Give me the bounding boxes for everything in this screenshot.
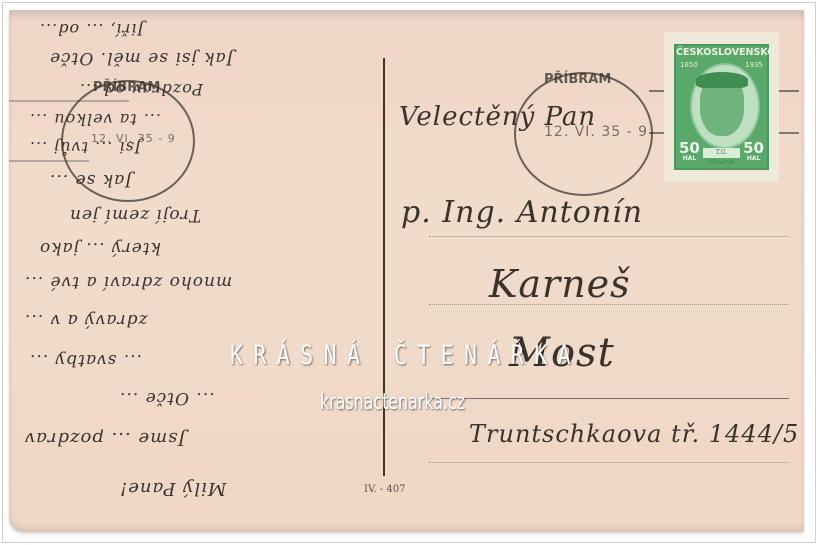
postmark-left: PŘÍBRAM 12. VI. 35 - 9 — [61, 80, 195, 202]
message-line: mnoho zdraví a tvé ... — [24, 272, 232, 292]
card-code: IV. - 407 — [364, 484, 405, 495]
address-line — [429, 398, 789, 399]
message-line: který ... jako — [39, 238, 161, 258]
postmark-right: PŘÍBRAM 12. VI. 35 - 9 — [514, 72, 653, 196]
cap-icon — [696, 72, 748, 88]
watermark-url: krasnactenarka.cz — [320, 390, 465, 415]
postcard: Jiří, ... od... Jak jsi se měl. Otče Poz… — [9, 10, 804, 532]
stamp-years: 1850 1935 — [680, 61, 763, 69]
address-dotted-line — [429, 304, 789, 305]
message-line: ... svatby ... — [29, 350, 142, 370]
address-line-2: Karneš — [489, 262, 631, 306]
stamp-value-left: 50HAL — [679, 141, 700, 162]
message-line: Jak jsi se měl. Otče — [49, 48, 233, 68]
message-line: ... Otče ... — [119, 388, 215, 408]
watermark-title: KRÁSNÁ ČTENÁŘKA — [230, 340, 518, 371]
stamp-country: ČESKOSLOVENSKO — [676, 47, 767, 58]
postage-stamp: ČESKOSLOVENSKO 1850 1935 50HAL 50HAL T.G… — [664, 32, 779, 182]
message-line: Trojí zemí jen — [69, 205, 201, 225]
message-line: Jiří, ... od... — [39, 20, 144, 39]
cancel-line — [9, 100, 129, 102]
address-salutation: Velectěný Pan — [399, 102, 596, 132]
address-line-1: p. Ing. Antonín — [401, 195, 643, 230]
stamp-name-label: T.G. Masaryk — [703, 148, 740, 158]
address-dotted-line — [429, 462, 789, 463]
address-line-4: Truntschkaova tř. 1444/5 — [469, 420, 799, 448]
message-line: Milý Pane! — [119, 478, 226, 499]
message-line: zdravý a v ... — [24, 310, 147, 330]
stamp-value-right: 50HAL — [743, 141, 764, 162]
message-line: Jsme ... pozdrav — [24, 428, 186, 449]
cancel-line — [9, 160, 89, 162]
address-dotted-line — [429, 236, 789, 237]
